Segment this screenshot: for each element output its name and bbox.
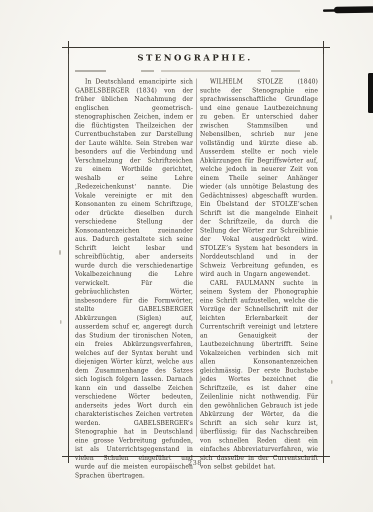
page-title: STENOGRAPHIE. <box>68 53 322 63</box>
scan-artifact-top-right <box>334 6 373 13</box>
scanned-page: STENOGRAPHIE. In Deutschland emancipirte… <box>0 0 373 512</box>
scan-speck <box>331 380 333 384</box>
page-number: 238 <box>68 460 322 468</box>
scan-speck <box>330 215 332 220</box>
right-column: WILHELM STOLZE (1840) suchte der Stenogr… <box>200 78 318 472</box>
left-column: In Deutschland emancipirte sich GABELSBE… <box>75 78 193 481</box>
title-rule-segment <box>141 71 154 72</box>
title-rule <box>68 71 322 73</box>
title-rule-segment <box>161 71 261 72</box>
scan-artifact-right-edge <box>368 73 373 113</box>
column-divider <box>196 79 197 437</box>
paragraph-faulmann: CARL FAULMANN suchte in seinem System de… <box>200 279 318 472</box>
title-rule-segment <box>271 71 300 72</box>
scan-speck <box>60 320 62 324</box>
scan-speck <box>59 250 61 255</box>
text-columns: In Deutschland emancipirte sich GABELSBE… <box>75 78 318 446</box>
paragraph-gabelsberger: In Deutschland emancipirte sich GABELSBE… <box>75 78 193 481</box>
paragraph-stolze: WILHELM STOLZE (1840) suchte der Stenogr… <box>200 78 318 279</box>
title-rule-segment <box>75 71 106 72</box>
